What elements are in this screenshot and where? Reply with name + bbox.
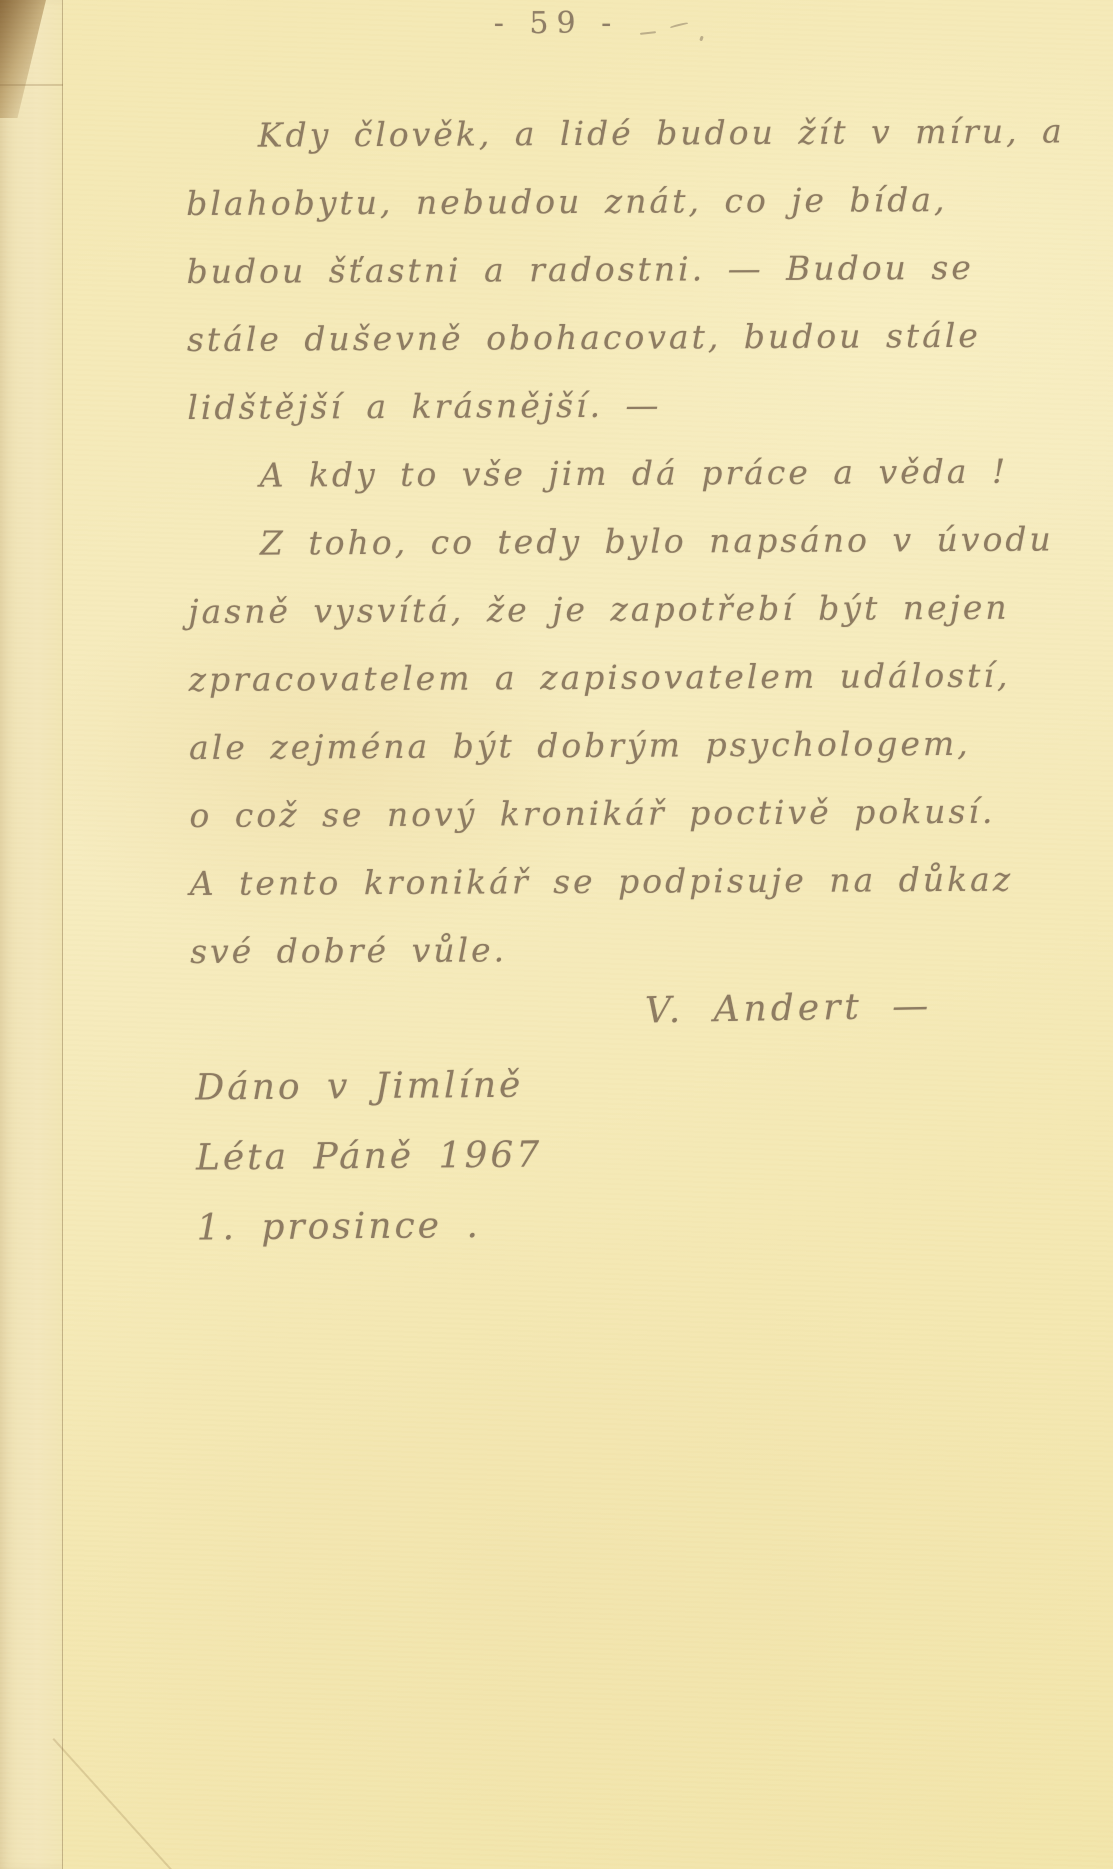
handwritten-line: lidštější a krásnější. — [187, 370, 957, 442]
handwritten-line: o což se nový kronikář poctivě pokusí. [189, 778, 959, 850]
handwritten-line: Kdy člověk, a lidé budou žít v míru, a [186, 98, 956, 170]
handwritten-line: A kdy to vše jim dá práce a věda ! [187, 438, 957, 510]
handwritten-line: Z toho, co tedy bylo napsáno v úvodu [188, 506, 958, 578]
handwritten-line: ale zejména být dobrým psychologem, [189, 710, 959, 782]
paper-crease-top [0, 84, 63, 86]
pencil-mark [640, 31, 656, 35]
stray-pencil-marks [640, 20, 730, 44]
handwritten-body: Kdy člověk, a lidé budou žít v míru, a b… [186, 98, 961, 986]
pencil-mark [670, 22, 688, 28]
page-number: - 59 - [0, 6, 1113, 41]
handwritten-line: A tento kronikář se podpisuje na důkaz [190, 846, 960, 918]
handwritten-line: stále duševně obohacovat, budou stále [187, 302, 957, 374]
dateline-year: Léta Páně 1967 [196, 1120, 543, 1193]
dateline-block: Dáno v Jimlíně Léta Páně 1967 1. prosinc… [195, 1050, 543, 1263]
dateline-day: 1. prosince . [196, 1190, 543, 1263]
handwritten-line: své dobré vůle. [190, 914, 960, 986]
page-left-edge [0, 0, 63, 1869]
pencil-mark [699, 36, 704, 42]
paper-fold-bottom [53, 1738, 175, 1869]
dateline-place: Dáno v Jimlíně [195, 1050, 542, 1123]
handwritten-line: jasně vysvítá, že je zapotřebí být nejen [188, 574, 958, 646]
handwritten-line: budou šťastni a radostni. — Budou se [186, 234, 956, 306]
scanned-chronicle-page: - 59 - Kdy člověk, a lidé budou žít v mí… [0, 0, 1113, 1869]
handwritten-line: zpracovatelem a zapisovatelem událostí, [189, 642, 959, 714]
handwritten-line: blahobytu, nebudou znát, co je bída, [186, 166, 956, 238]
signature: V. Andert — [645, 985, 933, 1031]
